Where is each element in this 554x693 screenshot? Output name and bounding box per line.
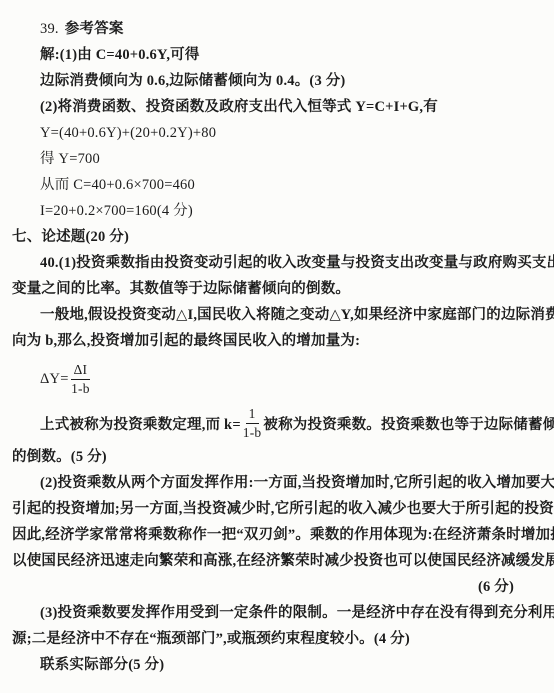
answer39-line-step2: (2)将消费函数、投资函数及政府支出代入恒等式 Y=C+I+G,有 — [12, 94, 542, 120]
k-fraction: 1 1-b — [243, 406, 262, 440]
answer39-heading: 39.参考答案 — [12, 16, 542, 42]
q40-p3-before-fraction: 上式被称为投资乘数定理,而 k= — [40, 413, 241, 434]
k-fraction-numerator: 1 — [246, 406, 259, 424]
q40-p1-line1: 40.(1)投资乘数指由投资变动引起的收入改变量与投资支出改变量与政府购买支出的… — [12, 250, 542, 276]
answer39-equation-3: 从而 C=40+0.6×700=460 — [12, 172, 542, 198]
formula-fraction: ΔI 1-b — [71, 362, 91, 396]
fraction-denominator: 1-b — [71, 380, 90, 397]
scanned-answer-page: 39.参考答案 解:(1)由 C=40+0.6Y,可得 边际消费倾向为 0.6,… — [0, 0, 554, 693]
answer39-equation-1: Y=(40+0.6Y)+(20+0.2Y)+80 — [12, 120, 542, 146]
q40-p4-line4: 以使国民经济迅速走向繁荣和高涨,在经济繁荣时减少投资也可以使国民经济减缓发展过热… — [12, 548, 542, 574]
answer39-line-mpc: 边际消费倾向为 0.6,边际储蓄倾向为 0.4。(3 分) — [12, 68, 542, 94]
q40-p1-line2: 变量之间的比率。其数值等于边际储蓄倾向的倒数。 — [12, 276, 542, 302]
q40-p2-line1: 一般地,假设投资变动△I,国民收入将随之变动△Y,如果经济中家庭部门的边际消费倾 — [12, 302, 542, 328]
q40-p4-line3: 因此,经济学家常常将乘数称作一把“双刃剑”。乘数的作用体现为:在经济萧条时增加投… — [12, 522, 542, 548]
answer39-equation-4: I=20+0.2×700=160(4 分) — [12, 198, 542, 224]
q40-p5-line2: 源;二是经济中不存在“瓶颈部门”,或瓶颈约束程度较小。(4 分) — [12, 626, 542, 652]
q40-practical-note: 联系实际部分(5 分) — [12, 652, 542, 678]
answer39-title: 参考答案 — [65, 21, 124, 37]
answer39-equation-2: 得 Y=700 — [12, 146, 542, 172]
q40-p3-line1: 上式被称为投资乘数定理,而 k= 1 1-b 被称为投资乘数。投资乘数也等于边际… — [12, 402, 542, 444]
fraction-numerator: ΔI — [71, 362, 91, 380]
answer39-line-solve: 解:(1)由 C=40+0.6Y,可得 — [12, 42, 542, 68]
k-fraction-denominator: 1-b — [243, 424, 262, 441]
q40-p4-line2: 引起的投资增加;另一方面,当投资减少时,它所引起的收入减少也要大于所引起的投资减… — [12, 496, 542, 522]
q40-p5-line1: (3)投资乘数要发挥作用受到一定条件的限制。一是经济中存在没有得到充分利用的资 — [12, 600, 542, 626]
q40-p4-line1: (2)投资乘数从两个方面发挥作用:一方面,当投资增加时,它所引起的收入增加要大于… — [12, 470, 542, 496]
q40-p2-line2: 向为 b,那么,投资增加引起的最终国民收入的增加量为: — [12, 328, 542, 354]
answer39-number: 39. — [40, 21, 59, 37]
multiplier-formula: ΔY= ΔI 1-b — [12, 358, 542, 400]
q40-p4-score: (6 分) — [12, 574, 542, 600]
section7-heading: 七、论述题(20 分) — [12, 224, 542, 250]
q40-p3-after-fraction: 被称为投资乘数。投资乘数也等于边际储蓄倾向 — [263, 413, 554, 434]
q40-p3-line2: 的倒数。(5 分) — [12, 444, 542, 470]
formula-lhs: ΔY= — [40, 371, 69, 388]
